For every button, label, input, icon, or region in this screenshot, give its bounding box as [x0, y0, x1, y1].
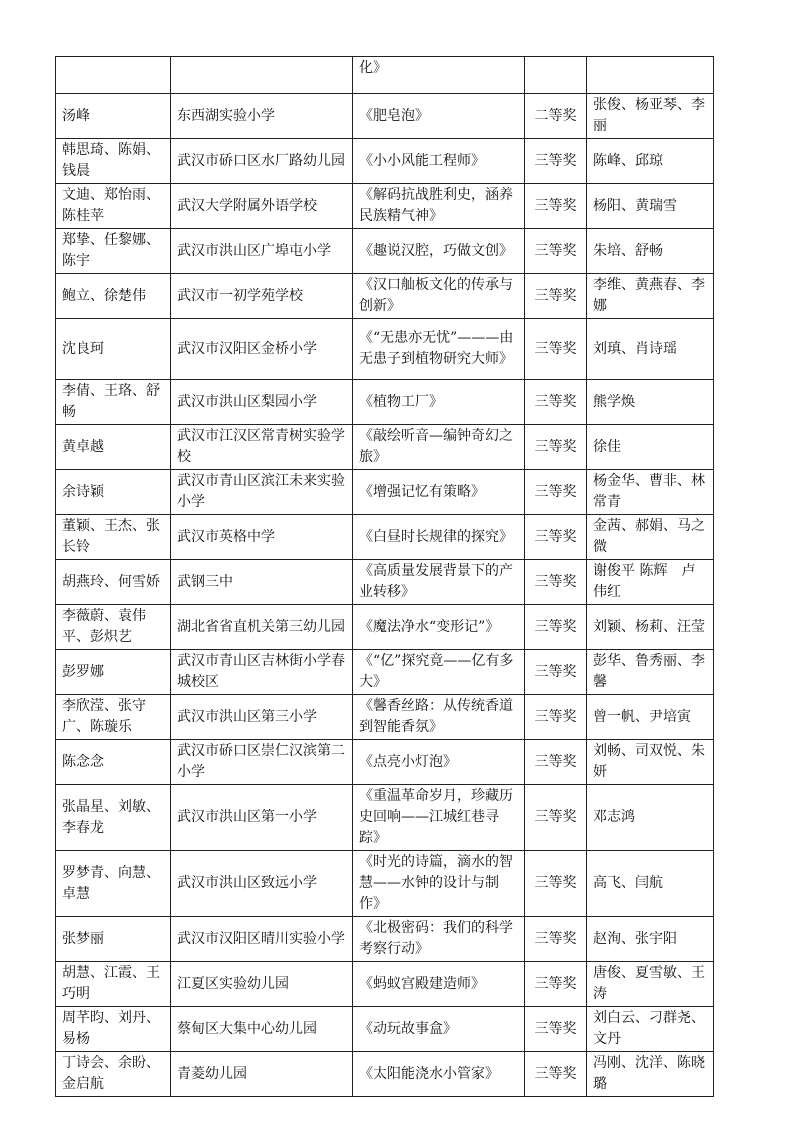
- school-cell: [171, 57, 353, 94]
- school-cell: 武汉市洪山区致远小学: [171, 851, 353, 917]
- project-title-cell: 《白昼时长规律的探究》: [353, 515, 525, 560]
- table-row: 胡慧、江霞、王巧明江夏区实验幼儿园《蚂蚁宫殿建造师》三等奖唐俊、夏雪敏、王涛: [56, 962, 714, 1007]
- project-title-cell: 《馨香丝路：从传统香道到智能香氛》: [353, 695, 525, 740]
- document-page: 化》汤峰东西湖实验小学《肥皂泡》二等奖张俊、杨亚琴、李丽韩思琦、陈娟、钱晨武汉市…: [55, 56, 713, 1097]
- project-title-cell: 《增强记忆有策略》: [353, 470, 525, 515]
- advisors-cell: 熊学焕: [587, 380, 714, 425]
- prize-level-cell: 三等奖: [525, 695, 587, 740]
- prize-level-cell: 三等奖: [525, 785, 587, 851]
- table-row: 张晶星、刘敏、李春龙武汉市洪山区第一小学《重温革命岁月，珍藏历史回响——江城红巷…: [56, 785, 714, 851]
- school-cell: 江夏区实验幼儿园: [171, 962, 353, 1007]
- school-cell: 武钢三中: [171, 560, 353, 605]
- school-cell: 武汉市洪山区第三小学: [171, 695, 353, 740]
- advisors-cell: 李维、黄燕春、李娜: [587, 274, 714, 319]
- participants-cell: 余诗颖: [56, 470, 171, 515]
- prize-level-cell: 三等奖: [525, 962, 587, 1007]
- school-cell: 武汉市江汉区常青树实验学校: [171, 425, 353, 470]
- project-title-cell: 《“亿”探究竟——亿有多大》: [353, 650, 525, 695]
- table-row: 李薇蔚、袁伟平、彭炽艺湖北省省直机关第三幼儿园《魔法净水“变形记”》三等奖刘颖、…: [56, 605, 714, 650]
- prize-level-cell: 三等奖: [525, 1052, 587, 1097]
- prize-level-cell: 三等奖: [525, 560, 587, 605]
- project-title-cell: 《重温革命岁月，珍藏历史回响——江城红巷寻踪》: [353, 785, 525, 851]
- project-title-cell: 《“无患亦无忧”———由无患子到植物研究大师》: [353, 319, 525, 380]
- project-title-cell: 《蚂蚁宫殿建造师》: [353, 962, 525, 1007]
- participants-cell: 韩思琦、陈娟、钱晨: [56, 139, 171, 184]
- participants-cell: 李薇蔚、袁伟平、彭炽艺: [56, 605, 171, 650]
- advisors-cell: 刘畅、司双悦、朱妍: [587, 740, 714, 785]
- school-cell: 武汉市硚口区水厂路幼儿园: [171, 139, 353, 184]
- advisors-cell: 陈峰、邱琼: [587, 139, 714, 184]
- table-row: 罗梦青、向慧、卓慧武汉市洪山区致远小学《时光的诗篇，滴水的智慧——水钟的设计与制…: [56, 851, 714, 917]
- table-row: 余诗颖武汉市青山区滨江未来实验小学《增强记忆有策略》三等奖杨金华、曹非、林常青: [56, 470, 714, 515]
- prize-level-cell: 三等奖: [525, 229, 587, 274]
- table-row: 张梦丽武汉市汉阳区晴川实验小学《北极密码：我们的科学考察行动》三等奖赵洵、张宇阳: [56, 917, 714, 962]
- prize-level-cell: [525, 57, 587, 94]
- table-row: 李倩、王珞、舒畅武汉市洪山区梨园小学《植物工厂》三等奖熊学焕: [56, 380, 714, 425]
- table-row: 郑挚、任黎娜、陈宇武汉市洪山区广埠屯小学《趣说汉腔，巧做文创》三等奖朱培、舒畅: [56, 229, 714, 274]
- participants-cell: 胡燕玲、何雪娇: [56, 560, 171, 605]
- table-row: 胡燕玲、何雪娇武钢三中《高质量发展背景下的产业转移》三等奖谢俊平 陈辉 卢伟红: [56, 560, 714, 605]
- prize-level-cell: 三等奖: [525, 274, 587, 319]
- table-row: 董颖、王杰、张长铃武汉市英格中学《白昼时长规律的探究》三等奖金茜、郝娟、马之微: [56, 515, 714, 560]
- prize-level-cell: 三等奖: [525, 139, 587, 184]
- participants-cell: 黄卓越: [56, 425, 171, 470]
- participants-cell: 胡慧、江霞、王巧明: [56, 962, 171, 1007]
- advisors-cell: 金茜、郝娟、马之微: [587, 515, 714, 560]
- school-cell: 武汉市一初学苑学校: [171, 274, 353, 319]
- project-title-cell: 《敲绘听音—编钟奇幻之旅》: [353, 425, 525, 470]
- prize-level-cell: 三等奖: [525, 184, 587, 229]
- project-title-cell: 《点亮小灯泡》: [353, 740, 525, 785]
- participants-cell: 鲍立、徐楚伟: [56, 274, 171, 319]
- advisors-cell: 刘白云、刁群尧、文丹: [587, 1007, 714, 1052]
- participants-cell: [56, 57, 171, 94]
- prize-level-cell: 三等奖: [525, 319, 587, 380]
- advisors-cell: 杨金华、曹非、林常青: [587, 470, 714, 515]
- participants-cell: 陈念念: [56, 740, 171, 785]
- participants-cell: 李欣滢、张守广、陈璇乐: [56, 695, 171, 740]
- table-row: 李欣滢、张守广、陈璇乐武汉市洪山区第三小学《馨香丝路：从传统香道到智能香氛》三等…: [56, 695, 714, 740]
- participants-cell: 张晶星、刘敏、李春龙: [56, 785, 171, 851]
- participants-cell: 罗梦青、向慧、卓慧: [56, 851, 171, 917]
- awards-table-body: 化》汤峰东西湖实验小学《肥皂泡》二等奖张俊、杨亚琴、李丽韩思琦、陈娟、钱晨武汉市…: [56, 57, 714, 1097]
- school-cell: 蔡甸区大集中心幼儿园: [171, 1007, 353, 1052]
- prize-level-cell: 三等奖: [525, 917, 587, 962]
- school-cell: 武汉市洪山区广埠屯小学: [171, 229, 353, 274]
- school-cell: 武汉市洪山区第一小学: [171, 785, 353, 851]
- advisors-cell: 彭华、鲁秀丽、李馨: [587, 650, 714, 695]
- participants-cell: 周芊昀、刘丹、易杨: [56, 1007, 171, 1052]
- table-row: 文迪、郑怡雨、陈桂苹武汉大学附属外语学校《解码抗战胜利史，涵养民族精气神》三等奖…: [56, 184, 714, 229]
- advisors-cell: 谢俊平 陈辉 卢伟红: [587, 560, 714, 605]
- participants-cell: 张梦丽: [56, 917, 171, 962]
- table-row: 汤峰东西湖实验小学《肥皂泡》二等奖张俊、杨亚琴、李丽: [56, 94, 714, 139]
- participants-cell: 汤峰: [56, 94, 171, 139]
- project-title-cell: 化》: [353, 57, 525, 94]
- table-row: 陈念念武汉市硚口区崇仁汉滨第二小学《点亮小灯泡》三等奖刘畅、司双悦、朱妍: [56, 740, 714, 785]
- project-title-cell: 《肥皂泡》: [353, 94, 525, 139]
- advisors-cell: 刘瑱、肖诗瑶: [587, 319, 714, 380]
- advisors-cell: 高飞、闫航: [587, 851, 714, 917]
- prize-level-cell: 三等奖: [525, 740, 587, 785]
- school-cell: 武汉市青山区吉林街小学春城校区: [171, 650, 353, 695]
- school-cell: 武汉市硚口区崇仁汉滨第二小学: [171, 740, 353, 785]
- table-row: 彭罗娜武汉市青山区吉林街小学春城校区《“亿”探究竟——亿有多大》三等奖彭华、鲁秀…: [56, 650, 714, 695]
- participants-cell: 彭罗娜: [56, 650, 171, 695]
- participants-cell: 丁诗会、余盼、金启航: [56, 1052, 171, 1097]
- prize-level-cell: 三等奖: [525, 1007, 587, 1052]
- participants-cell: 文迪、郑怡雨、陈桂苹: [56, 184, 171, 229]
- table-row: 周芊昀、刘丹、易杨蔡甸区大集中心幼儿园《动玩故事盒》三等奖刘白云、刁群尧、文丹: [56, 1007, 714, 1052]
- participants-cell: 董颖、王杰、张长铃: [56, 515, 171, 560]
- advisors-cell: 赵洵、张宇阳: [587, 917, 714, 962]
- project-title-cell: 《时光的诗篇，滴水的智慧——水钟的设计与制作》: [353, 851, 525, 917]
- school-cell: 武汉市洪山区梨园小学: [171, 380, 353, 425]
- project-title-cell: 《趣说汉腔，巧做文创》: [353, 229, 525, 274]
- school-cell: 湖北省省直机关第三幼儿园: [171, 605, 353, 650]
- advisors-cell: 张俊、杨亚琴、李丽: [587, 94, 714, 139]
- school-cell: 武汉市汉阳区晴川实验小学: [171, 917, 353, 962]
- advisors-cell: 刘颖、杨莉、汪莹: [587, 605, 714, 650]
- prize-level-cell: 三等奖: [525, 650, 587, 695]
- project-title-cell: 《北极密码：我们的科学考察行动》: [353, 917, 525, 962]
- school-cell: 武汉市青山区滨江未来实验小学: [171, 470, 353, 515]
- prize-level-cell: 三等奖: [525, 515, 587, 560]
- prize-level-cell: 三等奖: [525, 851, 587, 917]
- school-cell: 武汉市英格中学: [171, 515, 353, 560]
- project-title-cell: 《高质量发展背景下的产业转移》: [353, 560, 525, 605]
- project-title-cell: 《太阳能浇水小管家》: [353, 1052, 525, 1097]
- project-title-cell: 《植物工厂》: [353, 380, 525, 425]
- table-row: 沈良珂武汉市汉阳区金桥小学《“无患亦无忧”———由无患子到植物研究大师》三等奖刘…: [56, 319, 714, 380]
- table-row: 鲍立、徐楚伟武汉市一初学苑学校《汉口舢板文化的传承与创新》三等奖李维、黄燕春、李…: [56, 274, 714, 319]
- table-row: 化》: [56, 57, 714, 94]
- prize-level-cell: 三等奖: [525, 380, 587, 425]
- advisors-cell: 曾一帆、尹培寅: [587, 695, 714, 740]
- school-cell: 武汉大学附属外语学校: [171, 184, 353, 229]
- project-title-cell: 《动玩故事盒》: [353, 1007, 525, 1052]
- project-title-cell: 《汉口舢板文化的传承与创新》: [353, 274, 525, 319]
- awards-table: 化》汤峰东西湖实验小学《肥皂泡》二等奖张俊、杨亚琴、李丽韩思琦、陈娟、钱晨武汉市…: [55, 56, 714, 1097]
- project-title-cell: 《解码抗战胜利史，涵养民族精气神》: [353, 184, 525, 229]
- advisors-cell: 杨阳、黄瑞雪: [587, 184, 714, 229]
- prize-level-cell: 三等奖: [525, 470, 587, 515]
- advisors-cell: 朱培、舒畅: [587, 229, 714, 274]
- project-title-cell: 《魔法净水“变形记”》: [353, 605, 525, 650]
- advisors-cell: 邓志鸿: [587, 785, 714, 851]
- participants-cell: 李倩、王珞、舒畅: [56, 380, 171, 425]
- school-cell: 武汉市汉阳区金桥小学: [171, 319, 353, 380]
- school-cell: 青菱幼儿园: [171, 1052, 353, 1097]
- table-row: 韩思琦、陈娟、钱晨武汉市硚口区水厂路幼儿园《小小风能工程师》三等奖陈峰、邱琼: [56, 139, 714, 184]
- prize-level-cell: 二等奖: [525, 94, 587, 139]
- prize-level-cell: 三等奖: [525, 425, 587, 470]
- advisors-cell: 唐俊、夏雪敏、王涛: [587, 962, 714, 1007]
- advisors-cell: 冯刚、沈洋、陈晓璐: [587, 1052, 714, 1097]
- school-cell: 东西湖实验小学: [171, 94, 353, 139]
- participants-cell: 郑挚、任黎娜、陈宇: [56, 229, 171, 274]
- prize-level-cell: 三等奖: [525, 605, 587, 650]
- project-title-cell: 《小小风能工程师》: [353, 139, 525, 184]
- participants-cell: 沈良珂: [56, 319, 171, 380]
- advisors-cell: [587, 57, 714, 94]
- table-row: 黄卓越武汉市江汉区常青树实验学校《敲绘听音—编钟奇幻之旅》三等奖徐佳: [56, 425, 714, 470]
- advisors-cell: 徐佳: [587, 425, 714, 470]
- table-row: 丁诗会、余盼、金启航青菱幼儿园《太阳能浇水小管家》三等奖冯刚、沈洋、陈晓璐: [56, 1052, 714, 1097]
